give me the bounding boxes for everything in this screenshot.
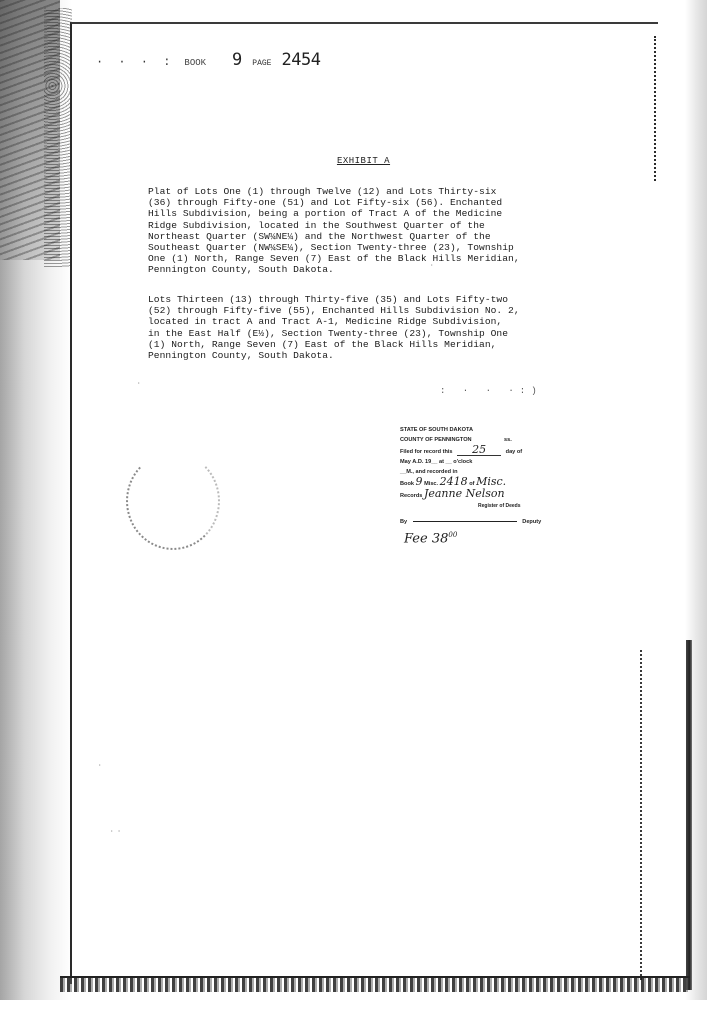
document-frame-right-lower <box>640 650 644 980</box>
stamp-fee-value: 38 <box>432 531 449 546</box>
speck: · <box>98 762 102 769</box>
stamp-filed-row: Filed for record this 25 day of <box>400 445 560 457</box>
stamp-filed-label: Filed for record this <box>400 449 453 455</box>
stamp-records-label: Records <box>400 493 422 499</box>
stamp-by-row: By Deputy <box>400 517 560 527</box>
page-number: 2454 <box>281 50 320 70</box>
book-number: 9 <box>232 50 242 70</box>
stamp-register-label: Register of Deeds <box>400 501 560 511</box>
exhibit-title: EXHIBIT A <box>0 156 707 166</box>
stamp-ss: ss. <box>504 435 512 445</box>
stamp-faint-marks: : · · ·:) <box>440 386 543 396</box>
legal-description-paragraph-2: Lots Thirteen (13) through Thirty-five (… <box>148 294 578 361</box>
page-label: PAGE <box>252 59 271 68</box>
stamp-day-of-label: day of <box>506 449 522 455</box>
scan-speckle-left <box>44 8 72 268</box>
document-frame-right-edge <box>686 640 692 990</box>
book-label: BOOK <box>184 58 206 68</box>
stamp-by-label: By <box>400 519 407 525</box>
stamp-records-row: Records Jeanne Nelson <box>400 489 560 501</box>
legal-description-paragraph-1: Plat of Lots One (1) through Twelve (12)… <box>148 186 578 276</box>
speck: · <box>430 262 434 269</box>
speck: · · <box>110 828 121 835</box>
stamp-fee-cents: 00 <box>448 531 457 539</box>
stamp-fee-label: Fee <box>404 531 428 546</box>
stamp-filed-day: 25 <box>457 445 501 456</box>
stamp-fee: Fee 3800 <box>400 531 560 546</box>
book-page-reference: · · · : BOOK 9 PAGE 2454 <box>96 50 320 70</box>
stamp-month: May A.D. 19__ at __ o'clock <box>400 459 472 465</box>
stamp-state-row: STATE OF SOUTH DAKOTA <box>400 425 560 435</box>
stamp-book-label: Book <box>400 481 414 487</box>
stamp-by-rule <box>413 521 517 522</box>
stamp-signature: Jeanne Nelson <box>424 487 505 500</box>
speck: · <box>137 380 141 387</box>
stamp-county: COUNTY OF PENNINGTON <box>400 437 472 443</box>
stamp-state: STATE OF SOUTH DAKOTA <box>400 427 473 433</box>
stamp-month-row: May A.D. 19__ at __ o'clock <box>400 457 560 467</box>
header-specks: · · · : <box>96 55 174 69</box>
notary-seal-impression <box>126 452 220 550</box>
recording-stamp: STATE OF SOUTH DAKOTA COUNTY OF PENNINGT… <box>400 425 560 546</box>
document-frame-bottom <box>60 976 690 992</box>
stamp-deputy-label: Deputy <box>522 519 541 525</box>
stamp-book-value: 9 <box>416 475 423 488</box>
